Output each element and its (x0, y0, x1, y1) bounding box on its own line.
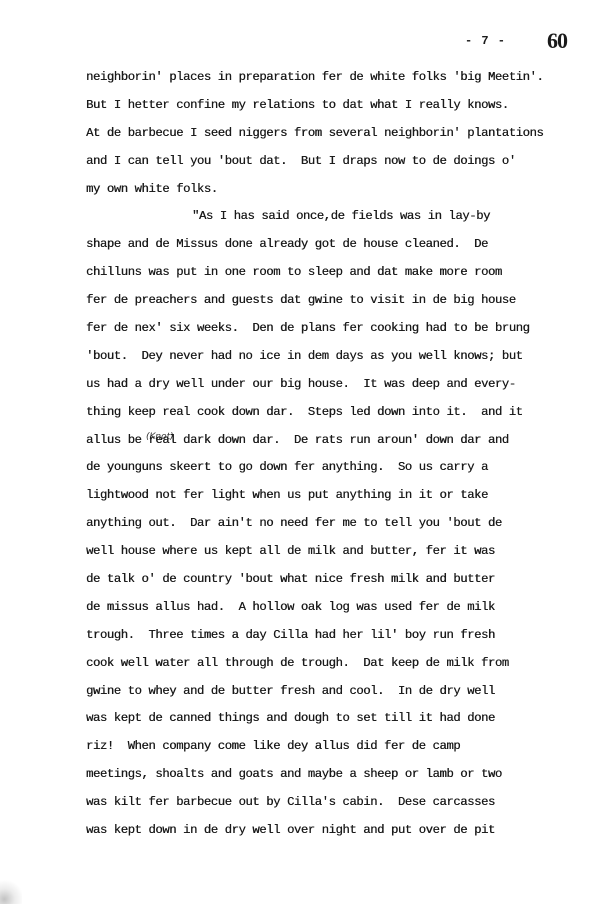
text-line: de missus allus had. A hollow oak log wa… (86, 594, 586, 622)
text-line: my own white folks. (86, 176, 586, 204)
text-line: gwine to whey and de butter fresh and co… (86, 678, 586, 706)
page-header: - 7 - 60 (0, 30, 600, 60)
text-line: was kept de canned things and dough to s… (86, 705, 586, 733)
document-page: - 7 - 60 (Knot) neighborin' places in pr… (0, 0, 600, 904)
text-line: fer de preachers and guests dat gwine to… (86, 287, 586, 315)
text-line: anything out. Dar ain't no need fer me t… (86, 510, 586, 538)
scan-smudge (0, 880, 22, 904)
text-line: lightwood not fer light when us put anyt… (86, 482, 586, 510)
stamped-page-number: 60 (547, 28, 567, 54)
text-line: cook well water all through de trough. D… (86, 650, 586, 678)
text-line: "As I has said once,de fields was in lay… (86, 203, 586, 231)
text-line: us had a dry well under our big house. I… (86, 371, 586, 399)
text-line: de talk o' de country 'bout what nice fr… (86, 566, 586, 594)
text-line: allus be real dark down dar. De rats run… (86, 427, 586, 455)
text-line: At de barbecue I seed niggers from sever… (86, 120, 586, 148)
typed-page-number: - 7 - (465, 34, 506, 48)
text-line: was kept down in de dry well over night … (86, 817, 586, 845)
text-line: and I can tell you 'bout dat. But I drap… (86, 148, 586, 176)
body-text: neighborin' places in preparation fer de… (86, 64, 586, 845)
text-line: neighborin' places in preparation fer de… (86, 64, 586, 92)
text-line: fer de nex' six weeks. Den de plans fer … (86, 315, 586, 343)
text-line: meetings, shoalts and goats and maybe a … (86, 761, 586, 789)
text-line: riz! When company come like dey allus di… (86, 733, 586, 761)
text-line: was kilt fer barbecue out by Cilla's cab… (86, 789, 586, 817)
text-line: chilluns was put in one room to sleep an… (86, 259, 586, 287)
text-line: trough. Three times a day Cilla had her … (86, 622, 586, 650)
text-line: well house where us kept all de milk and… (86, 538, 586, 566)
text-line: thing keep real cook down dar. Steps led… (86, 399, 586, 427)
text-line: de younguns skeert to go down fer anythi… (86, 454, 586, 482)
text-line: But I hetter confine my relations to dat… (86, 92, 586, 120)
text-line: 'bout. Dey never had no ice in dem days … (86, 343, 586, 371)
text-line: shape and de Missus done already got de … (86, 231, 586, 259)
